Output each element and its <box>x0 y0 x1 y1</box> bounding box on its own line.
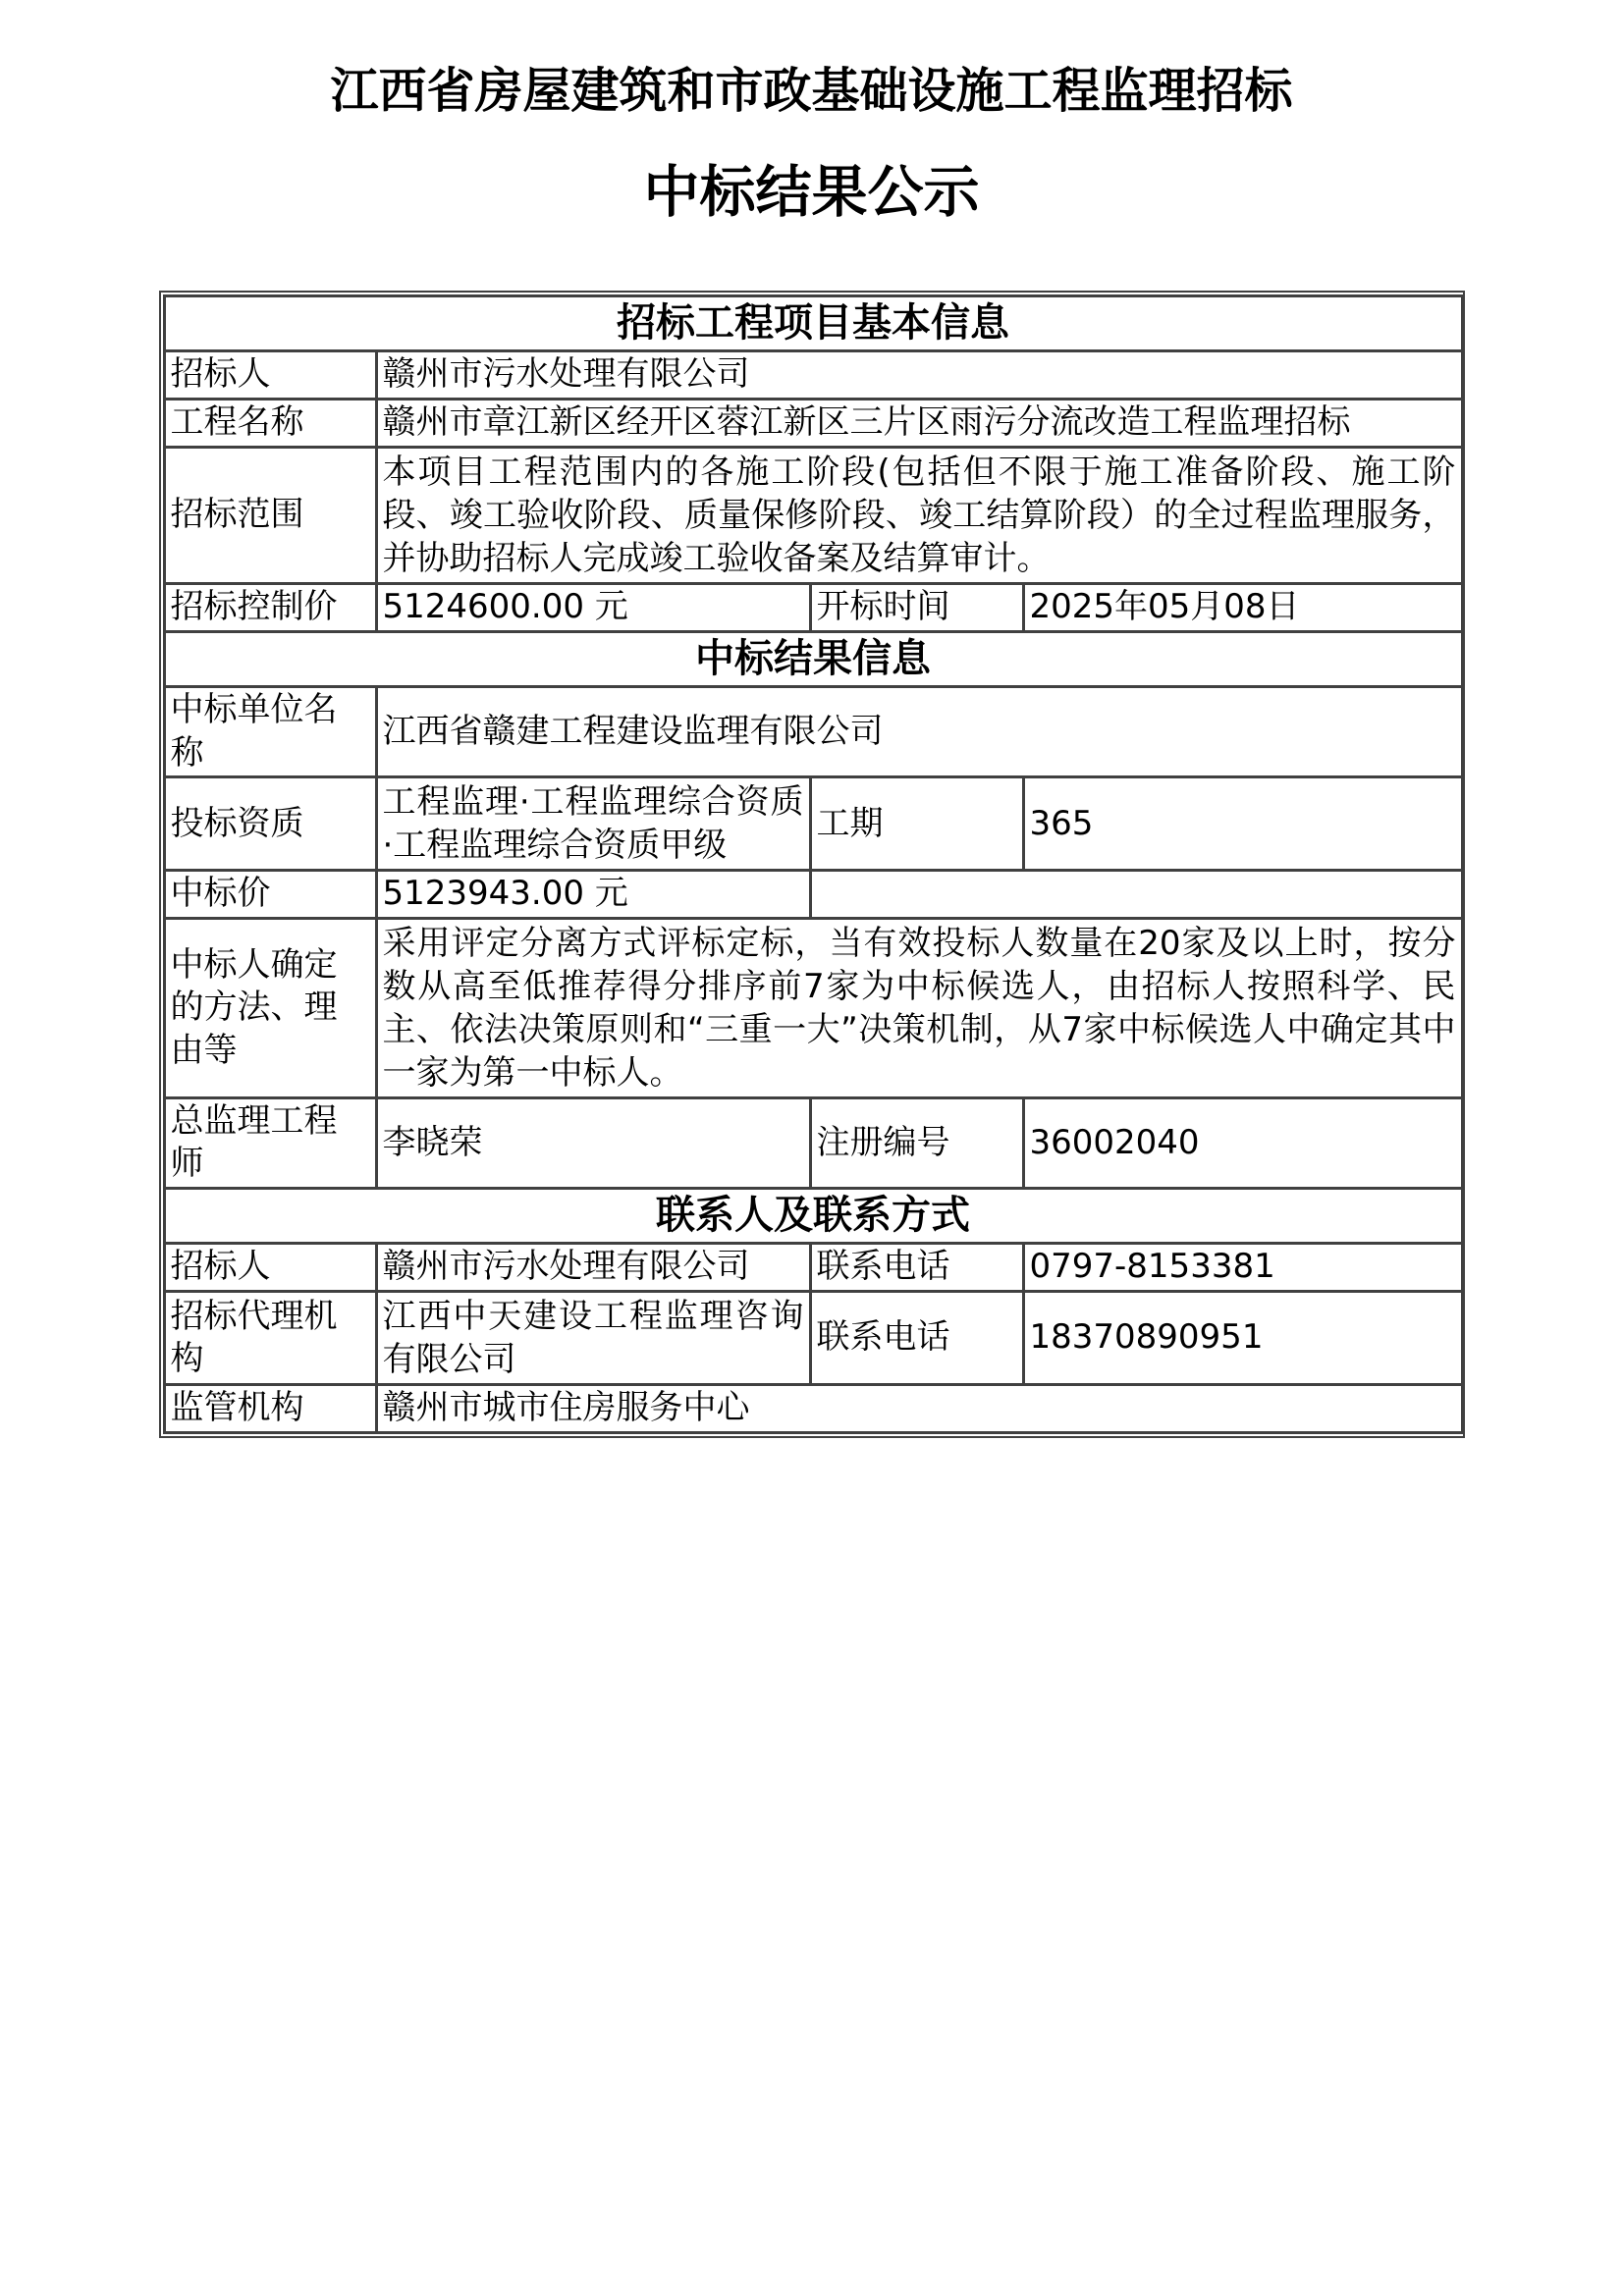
contact-tenderer-label: 招标人 <box>164 1244 376 1292</box>
chief-supervision-engineer-label: 总监理工程师 <box>164 1097 376 1188</box>
table-row: 中标人确定的方法、理由等 采用评定分离方式评标定标，当有效投标人数量在20家及以… <box>164 918 1462 1097</box>
tender-scope-value: 本项目工程范围内的各施工阶段(包括但不限于施工准备阶段、施工阶段、竣工验收阶段、… <box>376 448 1462 584</box>
table-row: 中标结果信息 <box>164 632 1462 687</box>
duration-label: 工期 <box>810 777 1023 871</box>
contact-tenderer-value: 赣州市污水处理有限公司 <box>376 1244 810 1292</box>
control-price-label: 招标控制价 <box>164 584 376 632</box>
table-row: 招标工程项目基本信息 <box>164 296 1462 351</box>
bid-qualification-label: 投标资质 <box>164 777 376 871</box>
table-row: 招标控制价 5124600.00 元 开标时间 2025年05月08日 <box>164 584 1462 632</box>
agency-phone-value: 18370890951 <box>1023 1292 1462 1385</box>
control-price-value: 5124600.00 元 <box>376 584 810 632</box>
contact-tenderer-phone-value: 0797-8153381 <box>1023 1244 1462 1292</box>
document-subtitle: 中标结果公示 <box>0 147 1623 228</box>
project-name-label: 工程名称 <box>164 400 376 448</box>
duration-value: 365 <box>1023 777 1462 871</box>
section-header-result-info: 中标结果信息 <box>164 632 1462 687</box>
tender-scope-label: 招标范围 <box>164 448 376 584</box>
registration-number-label: 注册编号 <box>810 1097 1023 1188</box>
project-name-value: 赣州市章江新区经开区蓉江新区三片区雨污分流改造工程监理招标 <box>376 400 1462 448</box>
tenderer-label: 招标人 <box>164 351 376 400</box>
table-row: 招标人 赣州市污水处理有限公司 联系电话 0797-8153381 <box>164 1244 1462 1292</box>
tender-info-table: 招标工程项目基本信息 招标人 赣州市污水处理有限公司 工程名称 赣州市章江新区经… <box>159 291 1465 1438</box>
table-row: 联系人及联系方式 <box>164 1188 1462 1243</box>
table-row: 中标价 5123943.00 元 <box>164 871 1462 919</box>
registration-number-value: 36002040 <box>1023 1097 1462 1188</box>
regulator-value: 赣州市城市住房服务中心 <box>376 1385 1462 1433</box>
winner-determination-method-label: 中标人确定的方法、理由等 <box>164 918 376 1097</box>
section-header-contact-info: 联系人及联系方式 <box>164 1188 1462 1243</box>
agency-phone-label: 联系电话 <box>810 1292 1023 1385</box>
winner-determination-method-value: 采用评定分离方式评标定标，当有效投标人数量在20家及以上时，按分数从高至低推荐得… <box>376 918 1462 1097</box>
table-row: 招标代理机构 江西中天建设工程监理咨询有限公司 联系电话 18370890951 <box>164 1292 1462 1385</box>
winner-name-value: 江西省赣建工程建设监理有限公司 <box>376 687 1462 777</box>
agency-value: 江西中天建设工程监理咨询有限公司 <box>376 1292 810 1385</box>
table-row: 中标单位名称 江西省赣建工程建设监理有限公司 <box>164 687 1462 777</box>
section-header-basic-info: 招标工程项目基本信息 <box>164 296 1462 351</box>
document-title: 江西省房屋建筑和市政基础设施工程监理招标 <box>0 0 1623 122</box>
table-row: 投标资质 工程监理·工程监理综合资质·工程监理综合资质甲级 工期 365 <box>164 777 1462 871</box>
table-row: 总监理工程师 李晓荣 注册编号 36002040 <box>164 1097 1462 1188</box>
winning-price-label: 中标价 <box>164 871 376 919</box>
chief-supervision-engineer-value: 李晓荣 <box>376 1097 810 1188</box>
opening-time-value: 2025年05月08日 <box>1023 584 1462 632</box>
winning-price-value: 5123943.00 元 <box>376 871 810 919</box>
table-row: 招标人 赣州市污水处理有限公司 <box>164 351 1462 400</box>
winner-name-label: 中标单位名称 <box>164 687 376 777</box>
document-page: 江西省房屋建筑和市政基础设施工程监理招标 中标结果公示 招标工程项目基本信息 招… <box>0 0 1623 2296</box>
opening-time-label: 开标时间 <box>810 584 1023 632</box>
tenderer-value: 赣州市污水处理有限公司 <box>376 351 1462 400</box>
table-row: 招标范围 本项目工程范围内的各施工阶段(包括但不限于施工准备阶段、施工阶段、竣工… <box>164 448 1462 584</box>
table-row: 工程名称 赣州市章江新区经开区蓉江新区三片区雨污分流改造工程监理招标 <box>164 400 1462 448</box>
empty-cell <box>810 871 1462 919</box>
regulator-label: 监管机构 <box>164 1385 376 1433</box>
contact-tenderer-phone-label: 联系电话 <box>810 1244 1023 1292</box>
agency-label: 招标代理机构 <box>164 1292 376 1385</box>
bid-qualification-value: 工程监理·工程监理综合资质·工程监理综合资质甲级 <box>376 777 810 871</box>
table-row: 监管机构 赣州市城市住房服务中心 <box>164 1385 1462 1433</box>
